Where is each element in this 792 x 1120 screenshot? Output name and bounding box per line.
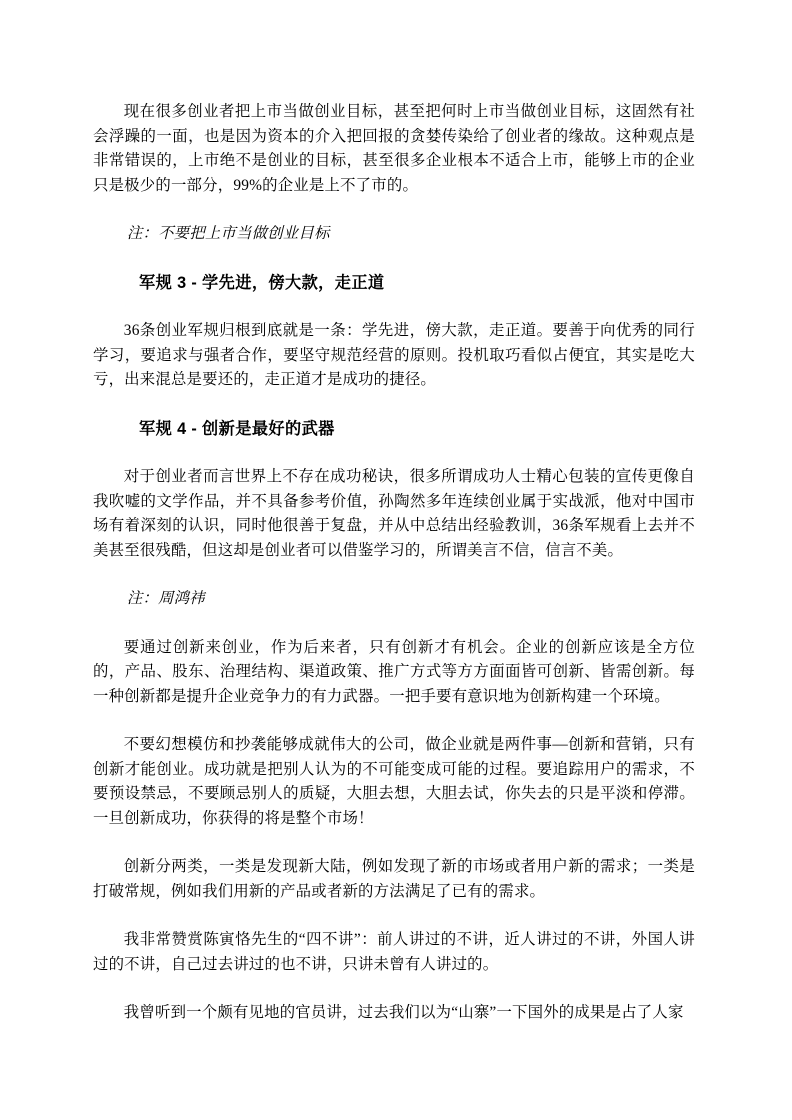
note-annotation: 注：不要把上市当做创业目标 xyxy=(93,222,695,247)
paragraph: 我非常赞赏陈寅恪先生的“四不讲”：前人讲过的不讲，近人讲过的不讲，外国人讲过的不… xyxy=(93,928,695,977)
paragraph: 创新分两类，一类是发现新大陆，例如发现了新的市场或者用户新的需求；一类是打破常规… xyxy=(93,855,695,904)
paragraph: 不要幻想模仿和抄袭能够成就伟大的公司，做企业就是两件事—创新和营销，只有创新才能… xyxy=(93,733,695,831)
section-heading-rule-4: 军规 4 - 创新是最好的武器 xyxy=(93,417,695,442)
note-annotation: 注：周鸿祎 xyxy=(93,587,695,612)
document-page: 现在很多创业者把上市当做创业目标，甚至把何时上市当做创业目标，这固然有社会浮躁的… xyxy=(0,0,792,1120)
paragraph: 对于创业者而言世界上不存在成功秘诀，很多所谓成功人士精心包装的宣传更像自我吹嘘的… xyxy=(93,465,695,563)
paragraph: 36条创业军规归根到底就是一条：学先进，傍大款，走正道。要善于向优秀的同行学习，… xyxy=(93,319,695,393)
paragraph: 我曾听到一个颇有见地的官员讲，过去我们以为“山寨”一下国外的成果是占了人家 xyxy=(93,1001,695,1026)
section-heading-rule-3: 军规 3 - 学先进，傍大款，走正道 xyxy=(93,271,695,296)
paragraph: 现在很多创业者把上市当做创业目标，甚至把何时上市当做创业目标，这固然有社会浮躁的… xyxy=(93,100,695,198)
paragraph: 要通过创新来创业，作为后来者，只有创新才有机会。企业的创新应该是全方位的，产品、… xyxy=(93,636,695,710)
